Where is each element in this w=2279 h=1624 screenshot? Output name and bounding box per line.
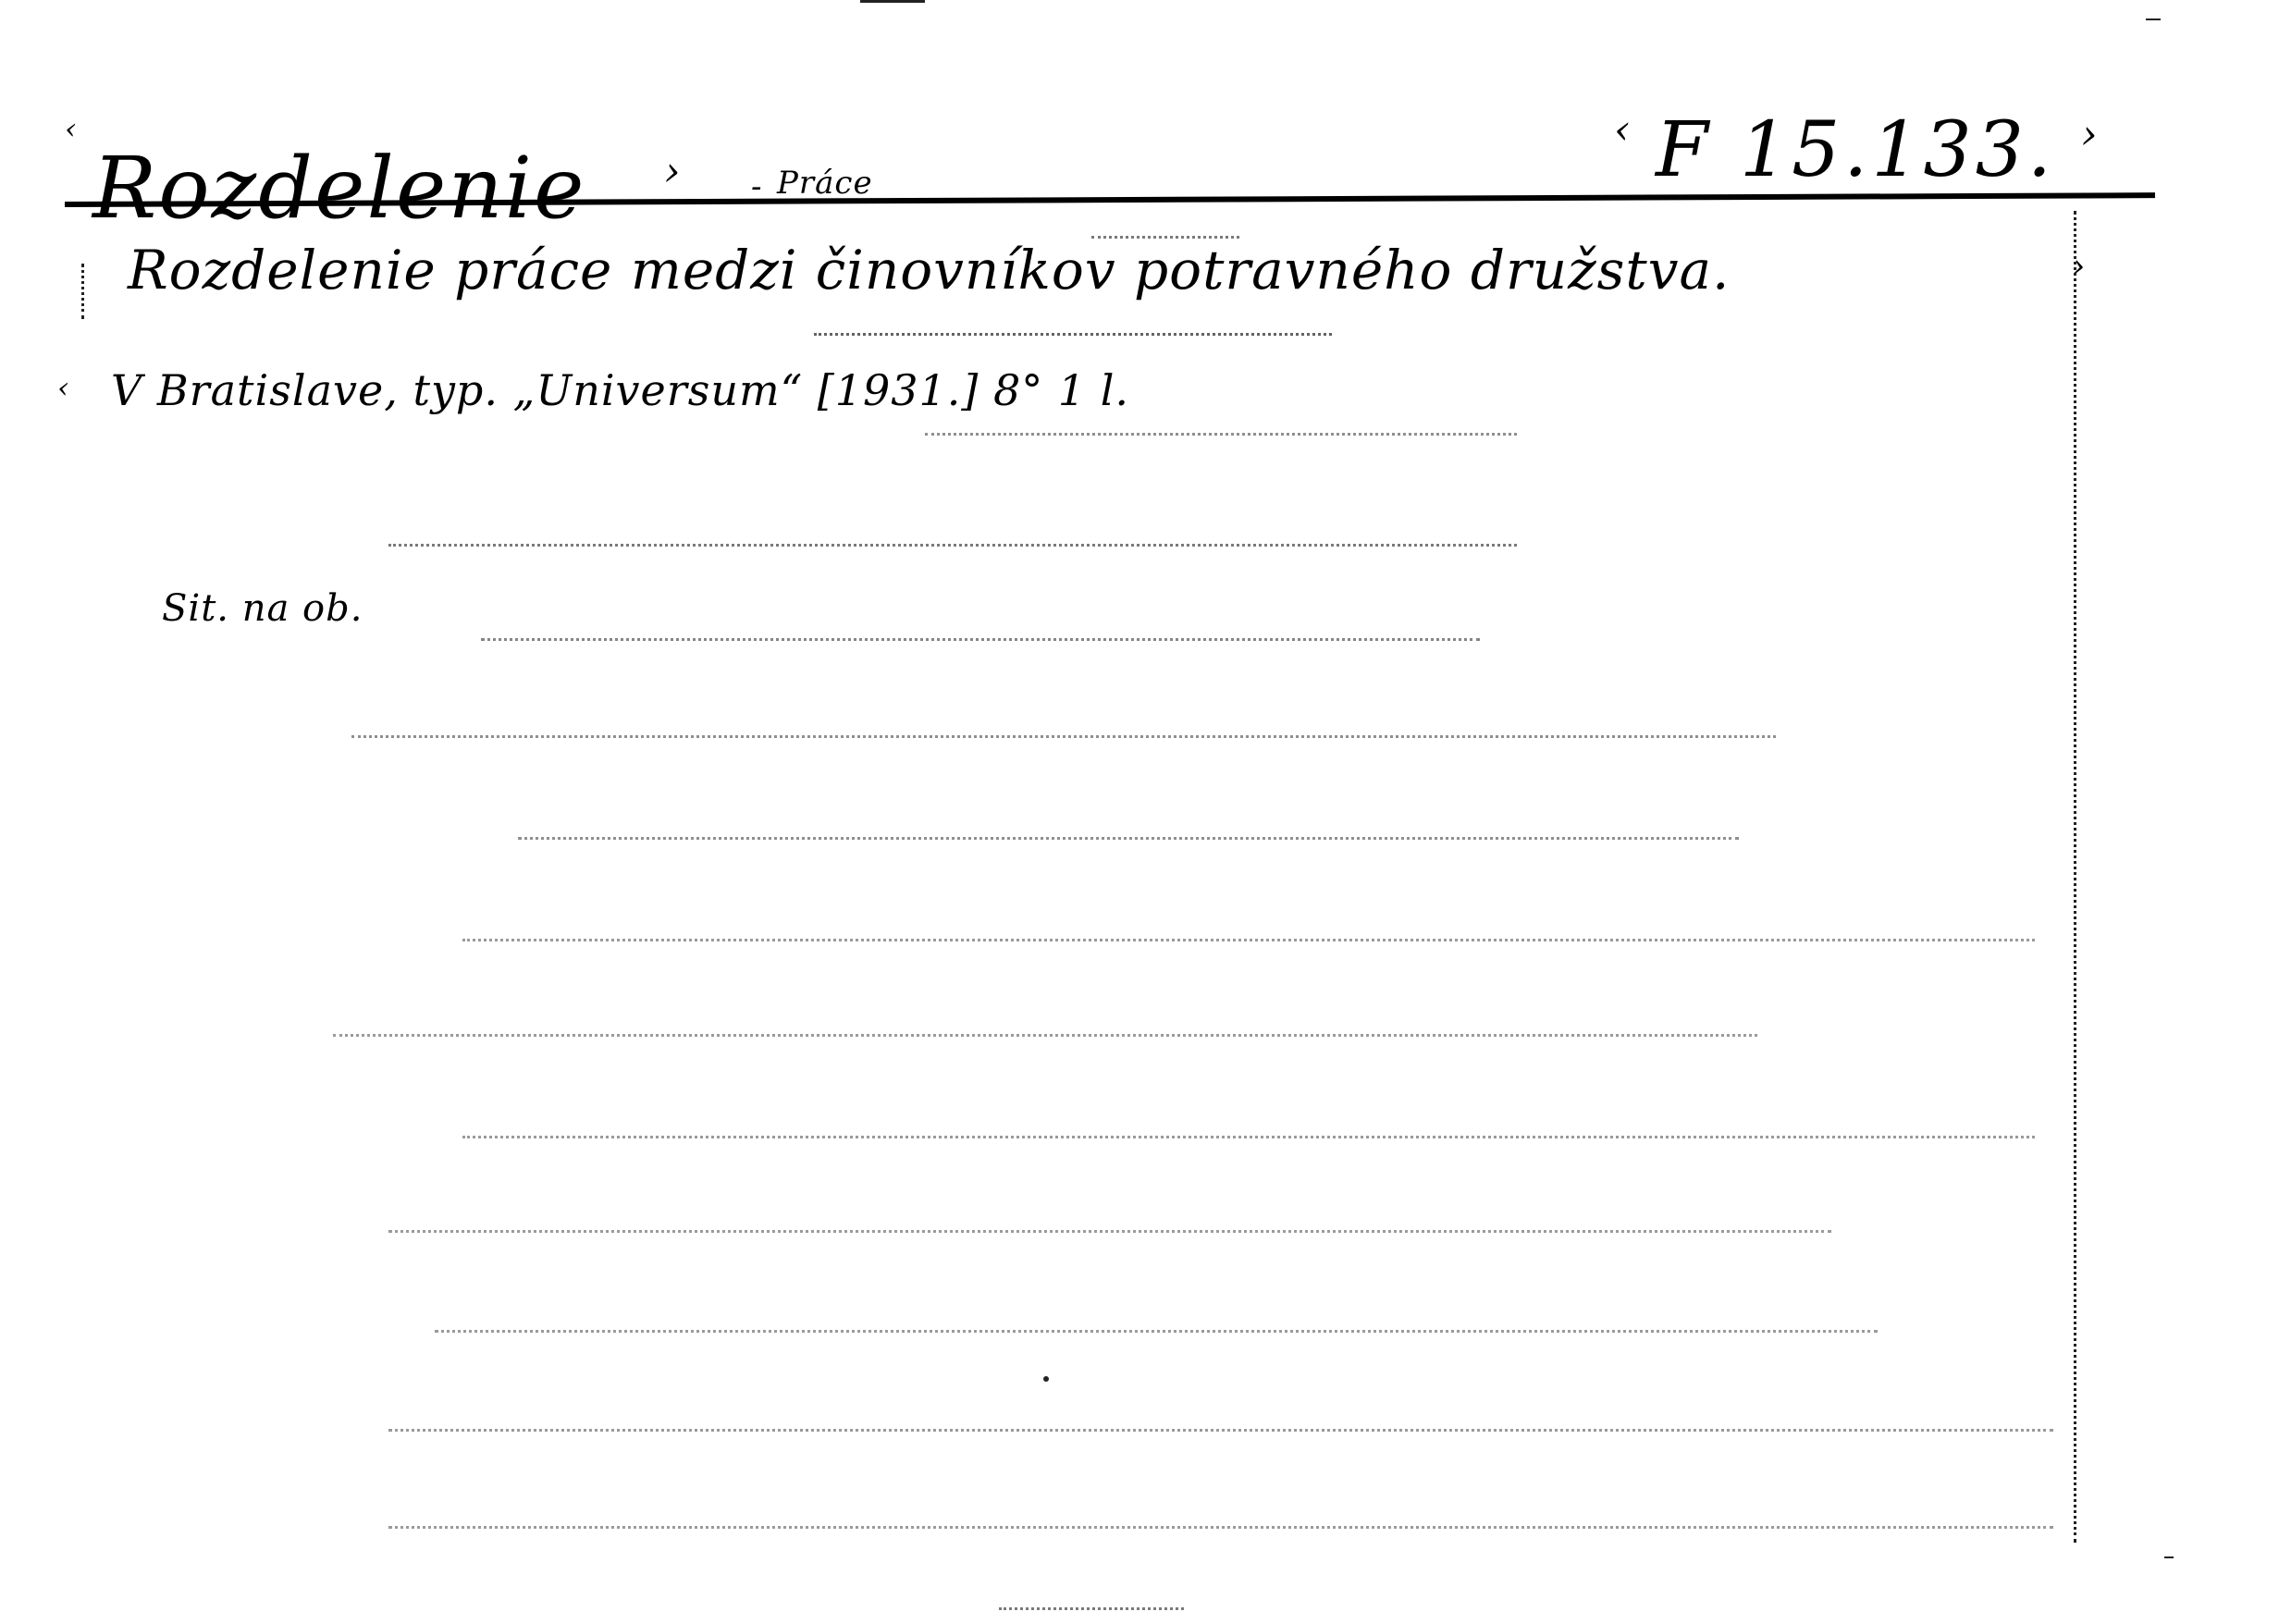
ruling-line	[388, 1230, 1831, 1233]
scan-speck	[860, 0, 925, 3]
ruling-line	[388, 1526, 2053, 1529]
call-number-close-mark: ›	[2081, 111, 2099, 158]
ruling-line	[814, 333, 1332, 336]
ruling-line	[481, 638, 1480, 641]
ruling-line	[388, 1429, 2053, 1432]
ruling-line	[1091, 236, 1239, 239]
ruling-line	[435, 1330, 1878, 1333]
ruling-line	[999, 1607, 1184, 1610]
imprint-open-mark: ‹	[57, 370, 70, 405]
location-note: Sit. na ob.	[162, 587, 363, 630]
cross-reference-note: Práce	[777, 165, 873, 202]
ruling-line	[462, 939, 2035, 941]
scan-speck	[2146, 18, 2161, 20]
call-number-open-mark: ‹	[1614, 106, 1632, 154]
ruling-line	[518, 837, 1739, 840]
main-entry-heading: Rozdelenie	[92, 139, 585, 238]
ruling-line	[462, 1136, 2035, 1138]
left-dotted-mark	[81, 264, 84, 319]
imprint-statement: V Bratislave, typ. „Universum“ [1931.] 8…	[111, 365, 1129, 415]
heading-open-mark: ‹	[65, 111, 78, 146]
ruling-line	[333, 1034, 1757, 1037]
ruling-line	[925, 433, 1517, 436]
heading-close-mark: ›	[664, 148, 682, 195]
title-statement: Rozdelenie práce medzi činovníkov potrav…	[128, 239, 1731, 301]
scan-speck	[2164, 1556, 2174, 1558]
ruling-line	[388, 544, 1517, 547]
call-number: F 15.133.	[1656, 106, 2055, 194]
right-dotted-border	[2074, 211, 2076, 1543]
ruling-line	[351, 735, 1776, 738]
scan-speck	[1043, 1376, 1049, 1382]
